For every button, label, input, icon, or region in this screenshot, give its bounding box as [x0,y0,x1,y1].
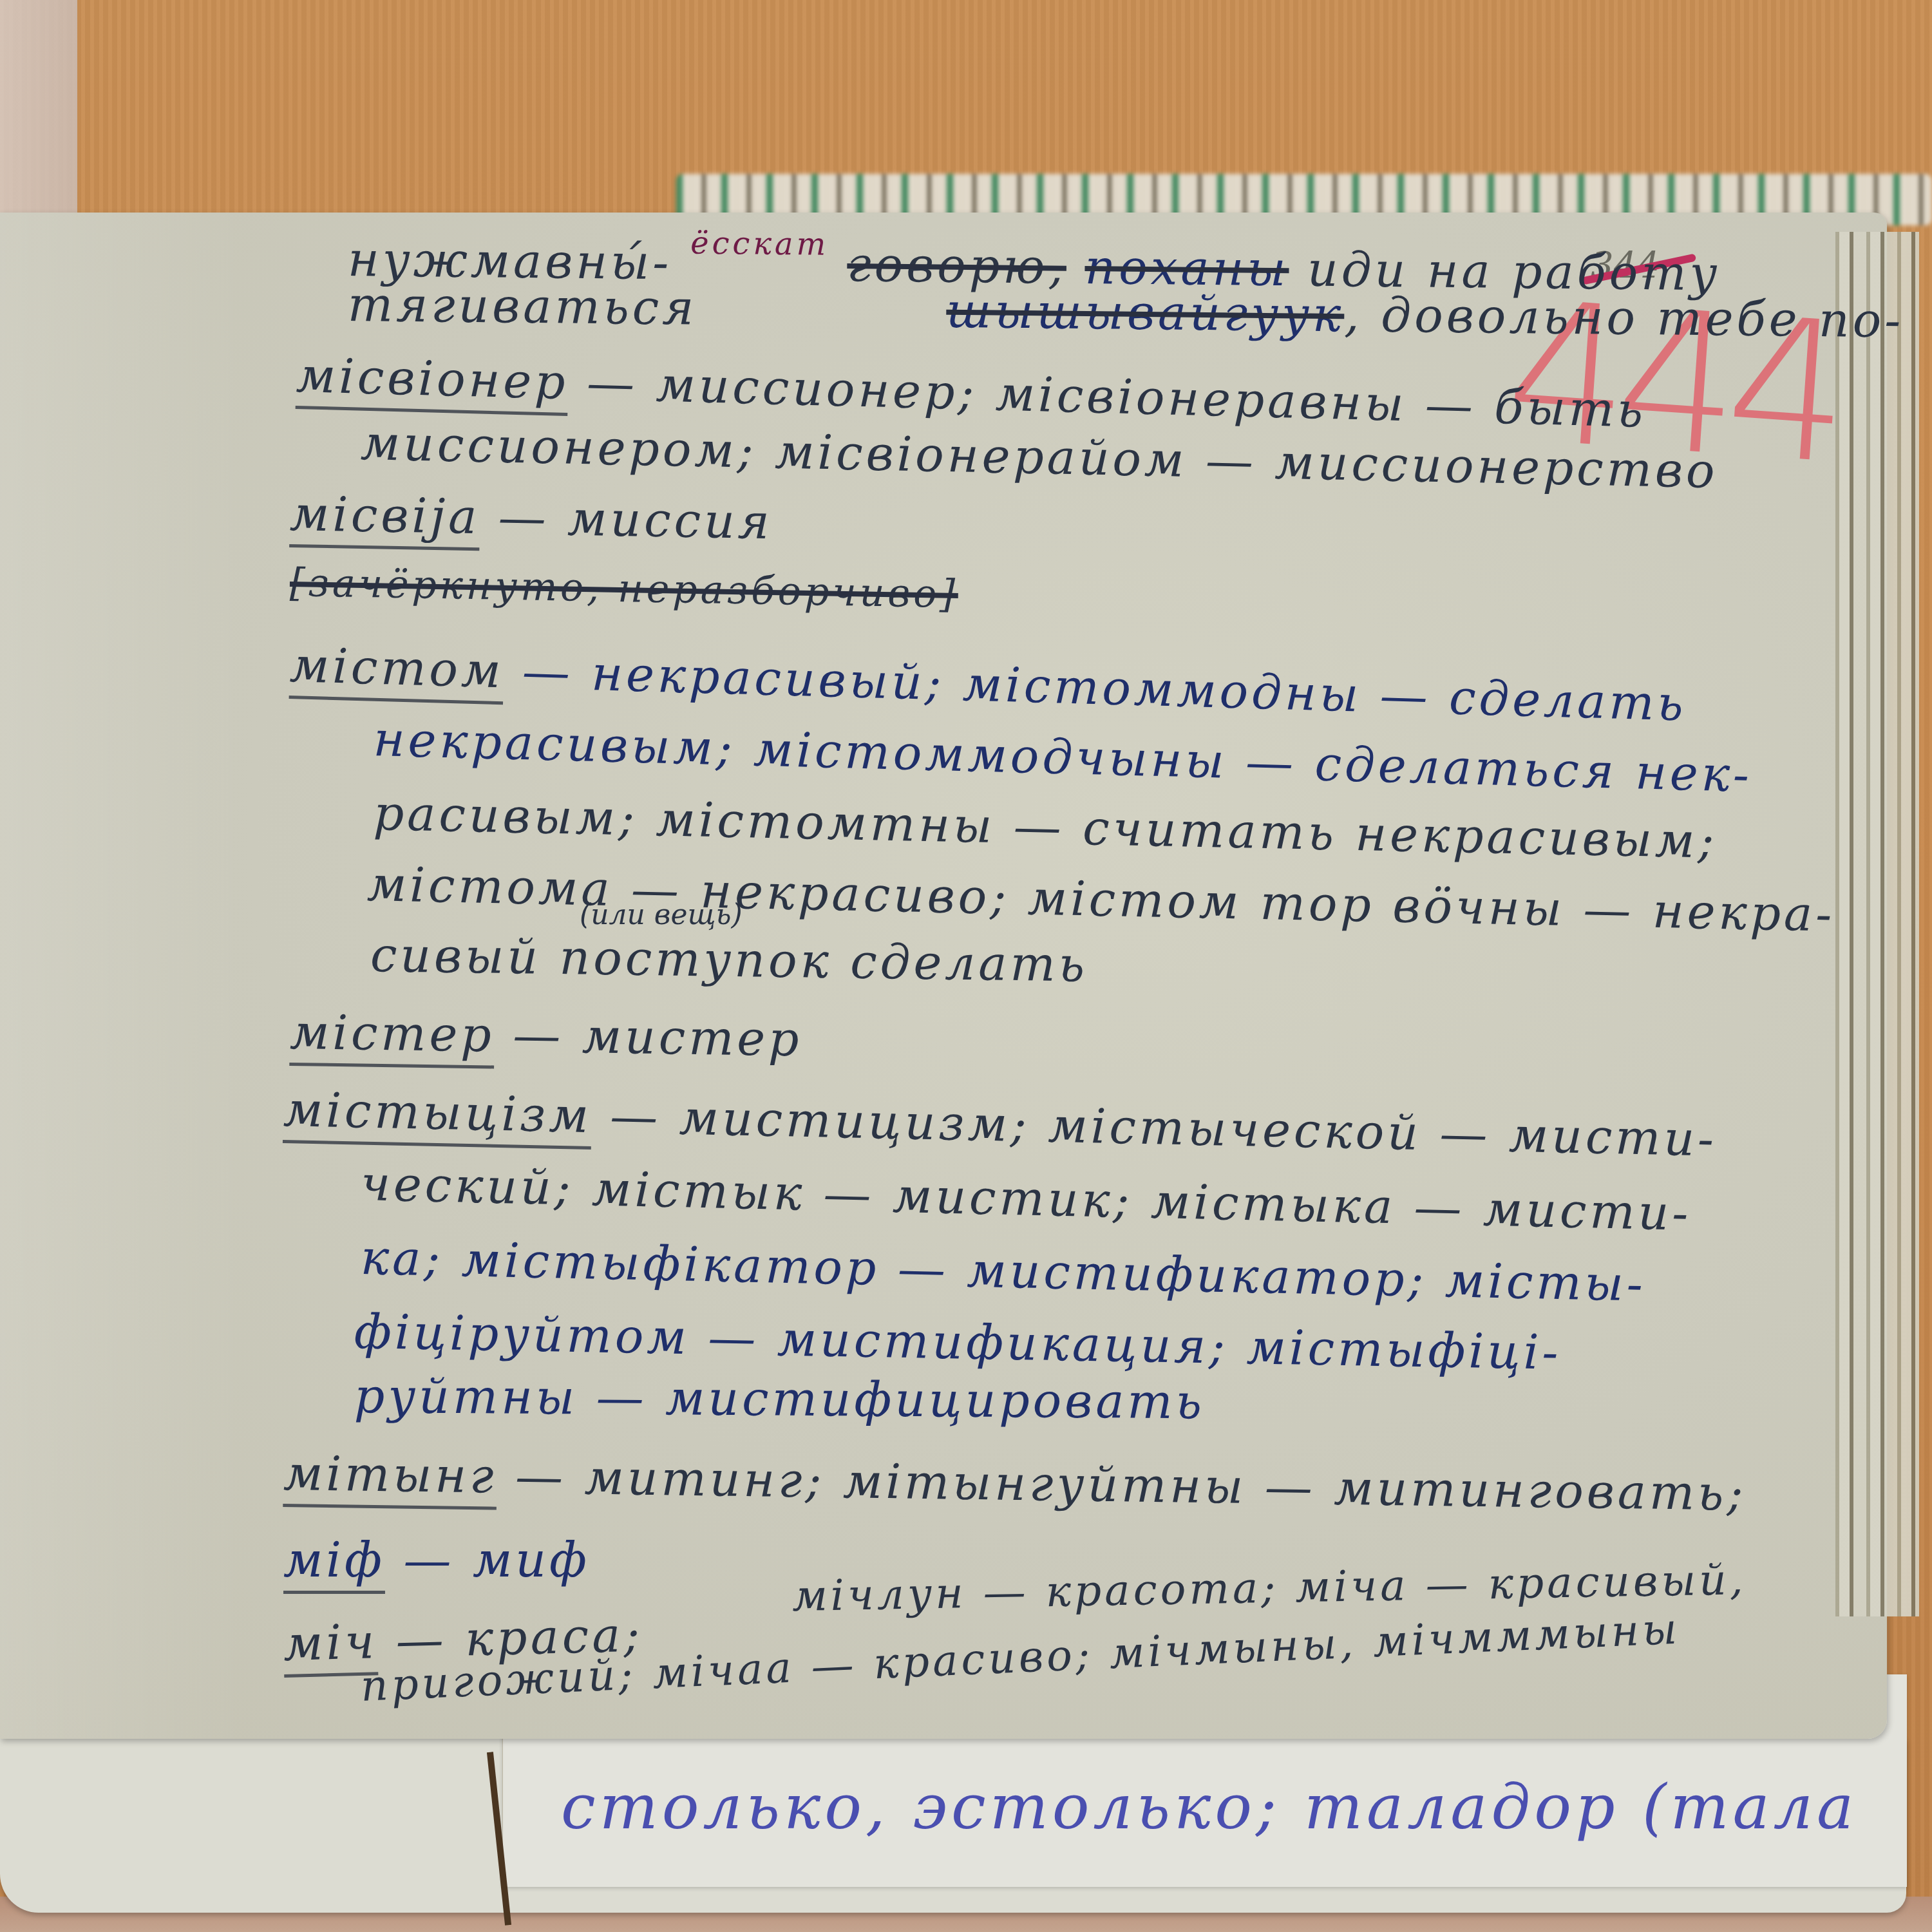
definition: расивым; містомтны — считать некрасивым; [373,786,1718,869]
entry-misticizm: містыцізм — мистицизм; містыческой — мис… [283,1082,1718,1168]
definition: — митинг; мітынгуйтны — митинговать; [515,1449,1747,1522]
inserted-word: ёсскат [690,225,829,263]
definition: — миссия [498,490,773,550]
entry-miting: мітынг — митинг; мітынгуйтны — митингова… [283,1446,1747,1522]
entry-struck-out: [зачёркнуто, неразборчиво] [289,560,958,617]
dictionary-entries: нужмавны́- ёсскат говорю, поханы иди на … [0,0,1932,1932]
entry-misticizm-line-4: фіціруйтом — мистификация; містыфіці- [354,1304,1562,1381]
headword: мітынг [283,1446,497,1504]
headword: містыцізм [283,1082,592,1144]
definition: — мистицизм; містыческой — мисти- [609,1089,1718,1168]
headword: містом [289,638,505,699]
entry-mister: містер — мистер [289,1005,802,1067]
interlinear-note: (или вещь) [580,898,743,931]
entry-mif: міф — миф [283,1533,590,1588]
entry-mistom-line-3: расивым; містомтны — считать некрасивым; [373,786,1718,869]
definition: ка; містыфікатор — мистификатор; місты- [360,1230,1647,1312]
definition: сивый поступок сделать [370,927,1088,993]
definition: фіціруйтом — мистификация; містыфіці- [354,1304,1562,1381]
entry-mistom-line-5: сивый поступок сделать [370,927,1088,993]
headword: міф [283,1533,385,1588]
entry-misticizm-line-2: ческий; містык — мистик; містыка — мисти… [360,1156,1692,1242]
phrase: , довольно тебе по- [1344,287,1904,348]
definition: руйтны — мистифицировать [354,1368,1205,1430]
definition: — некрасивый; містоммодны — сделать [522,644,1687,732]
entry-misticizm-line-5: руйтны — мистифицировать [354,1368,1205,1430]
word: тягиваться [348,277,697,336]
headword: місвіja [289,486,480,545]
definition: ческий; містык — мистик; містыка — мисти… [360,1156,1692,1242]
headword: містер [289,1005,495,1063]
entry-missija: місвіja — миссия [289,486,773,550]
entry-misticizm-line-3: ка; містыфікатор — мистификатор; місты- [360,1230,1647,1312]
definition: — миф [403,1533,589,1588]
definition: — мистер [513,1008,802,1067]
headword: місвіонер [296,348,569,410]
struck-entry-text: [зачёркнуто, неразборчиво] [289,560,958,617]
struck-word: шышывайгуук [946,283,1345,343]
